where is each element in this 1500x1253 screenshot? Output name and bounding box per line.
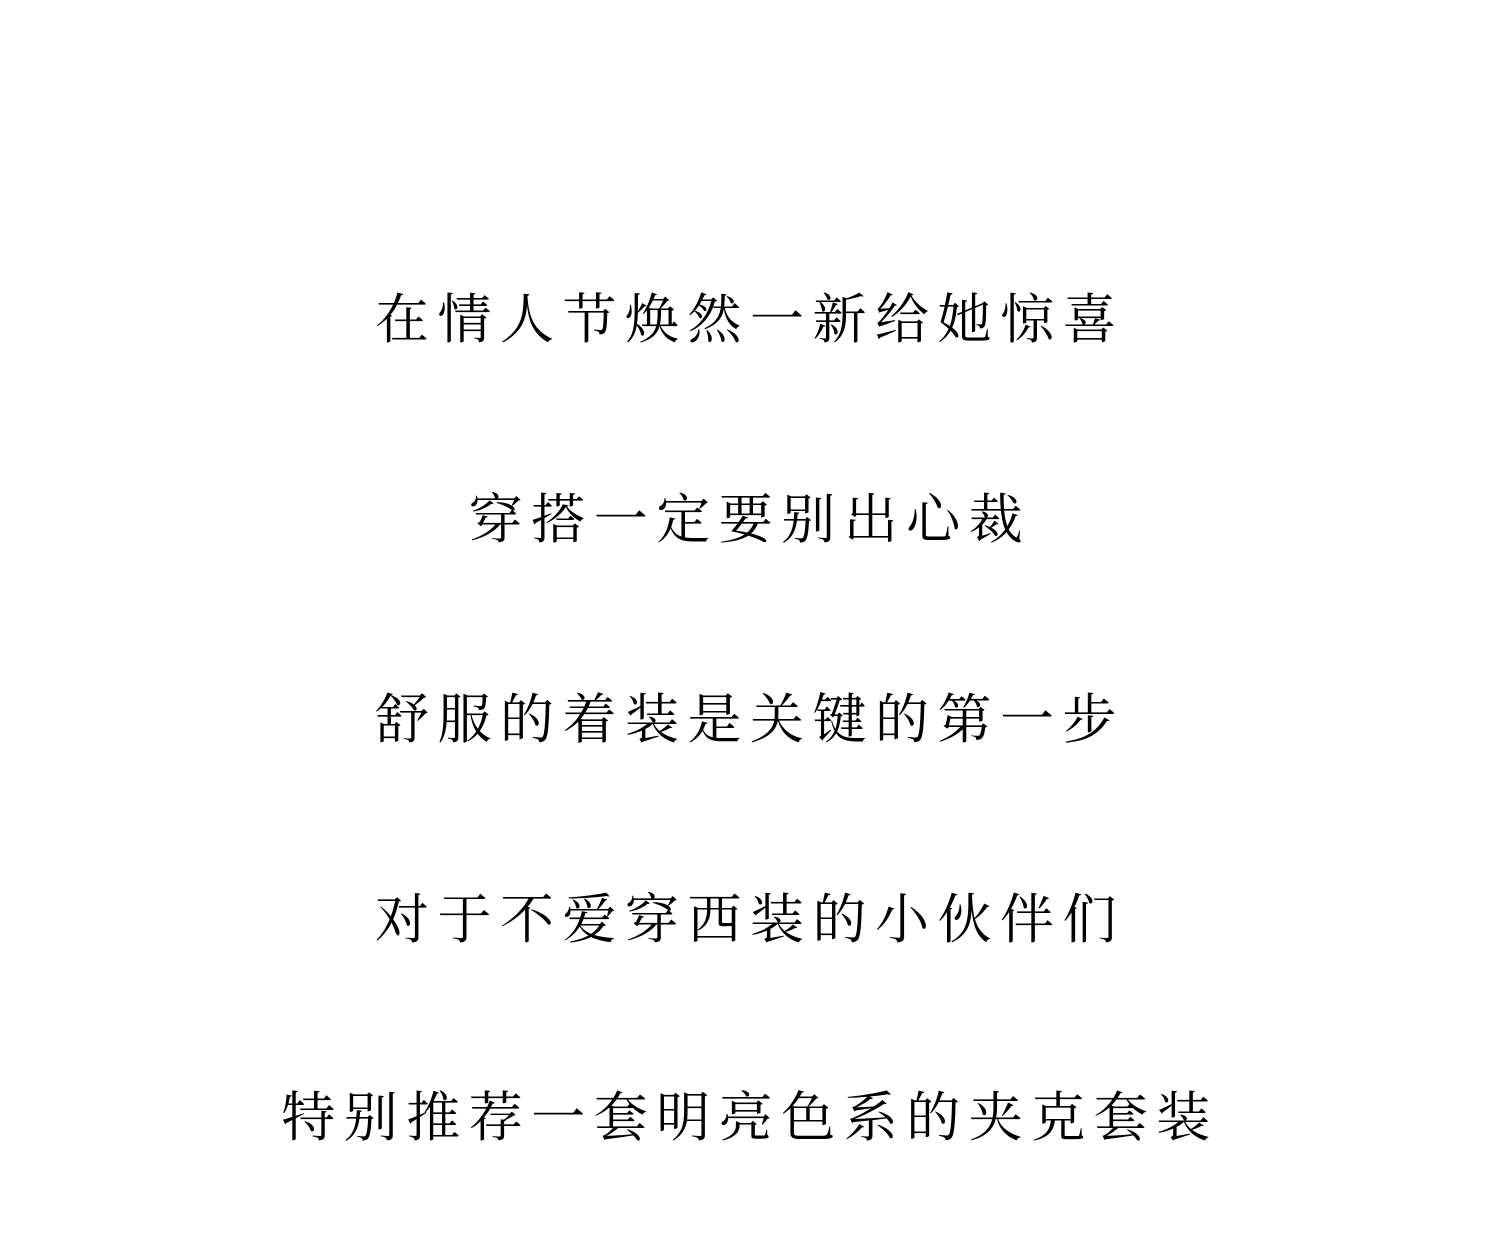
text-line-3: 舒服的着装是关键的第一步 [0,685,1500,755]
text-line-5: 特别推荐一套明亮色系的夹克套装 [0,1083,1500,1153]
text-line-2: 穿搭一定要别出心裁 [0,485,1500,555]
text-line-1: 在情人节焕然一新给她惊喜 [0,285,1500,355]
text-line-4: 对于不爱穿西装的小伙伴们 [0,885,1500,955]
